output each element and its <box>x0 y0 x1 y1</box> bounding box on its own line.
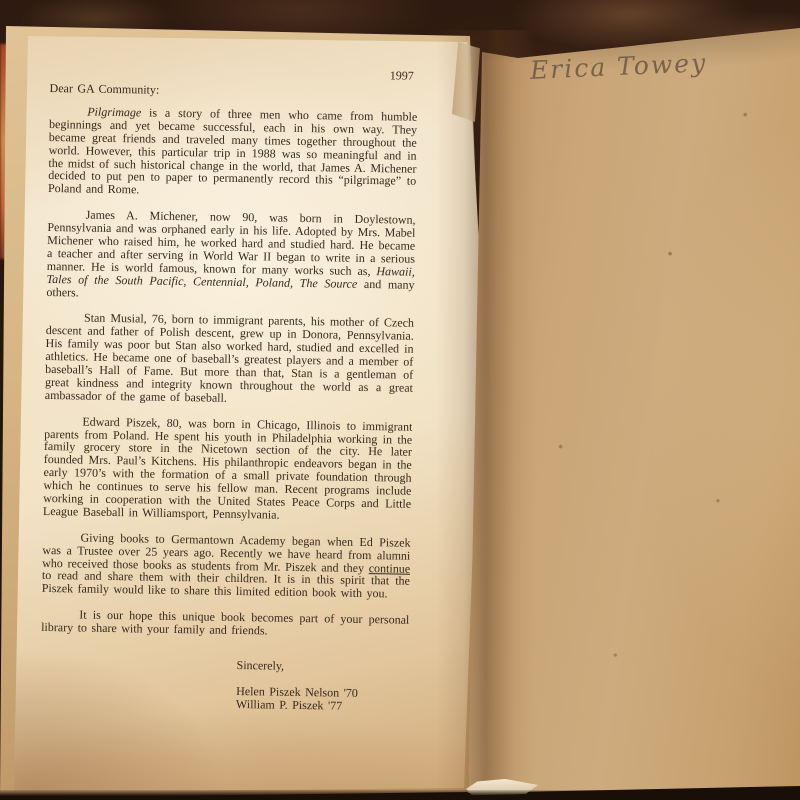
blank-right-page: Erica Towey <box>458 22 800 794</box>
letter-signatures: Helen Piszek Nelson '70 William P. Pisze… <box>236 685 408 715</box>
letter-paragraph: Stan Musial, 76, born to immigrant paren… <box>45 311 414 407</box>
signature-line: William P. Piszek '77 <box>236 698 408 714</box>
letter-date: 1997 <box>50 64 418 82</box>
handwritten-name: Erica Towey <box>529 48 707 85</box>
letter-paragraph: Pilgrimage is a story of three men who c… <box>48 105 417 201</box>
letter-content: 1997 Dear GA Community: Pilgrimage is a … <box>40 64 418 715</box>
letter-paragraph: It is our hope this unique book becomes … <box>41 608 409 640</box>
letter-page: 1997 Dear GA Community: Pilgrimage is a … <box>12 28 484 794</box>
letter-paragraph: James A. Michener, now 90, was born in D… <box>46 208 415 304</box>
letter-closing: Sincerely, <box>236 659 408 675</box>
letter-paragraph: Giving books to Germantown Academy began… <box>42 531 411 601</box>
letter-salutation: Dear GA Community: <box>50 82 418 101</box>
letter-paragraphs: Pilgrimage is a story of three men who c… <box>41 105 417 640</box>
table-surface-bottom <box>0 790 800 800</box>
letter-paragraph: Edward Piszek, 80, was born in Chicago, … <box>43 415 413 524</box>
photo-open-book: 1997 Dear GA Community: Pilgrimage is a … <box>0 0 800 800</box>
